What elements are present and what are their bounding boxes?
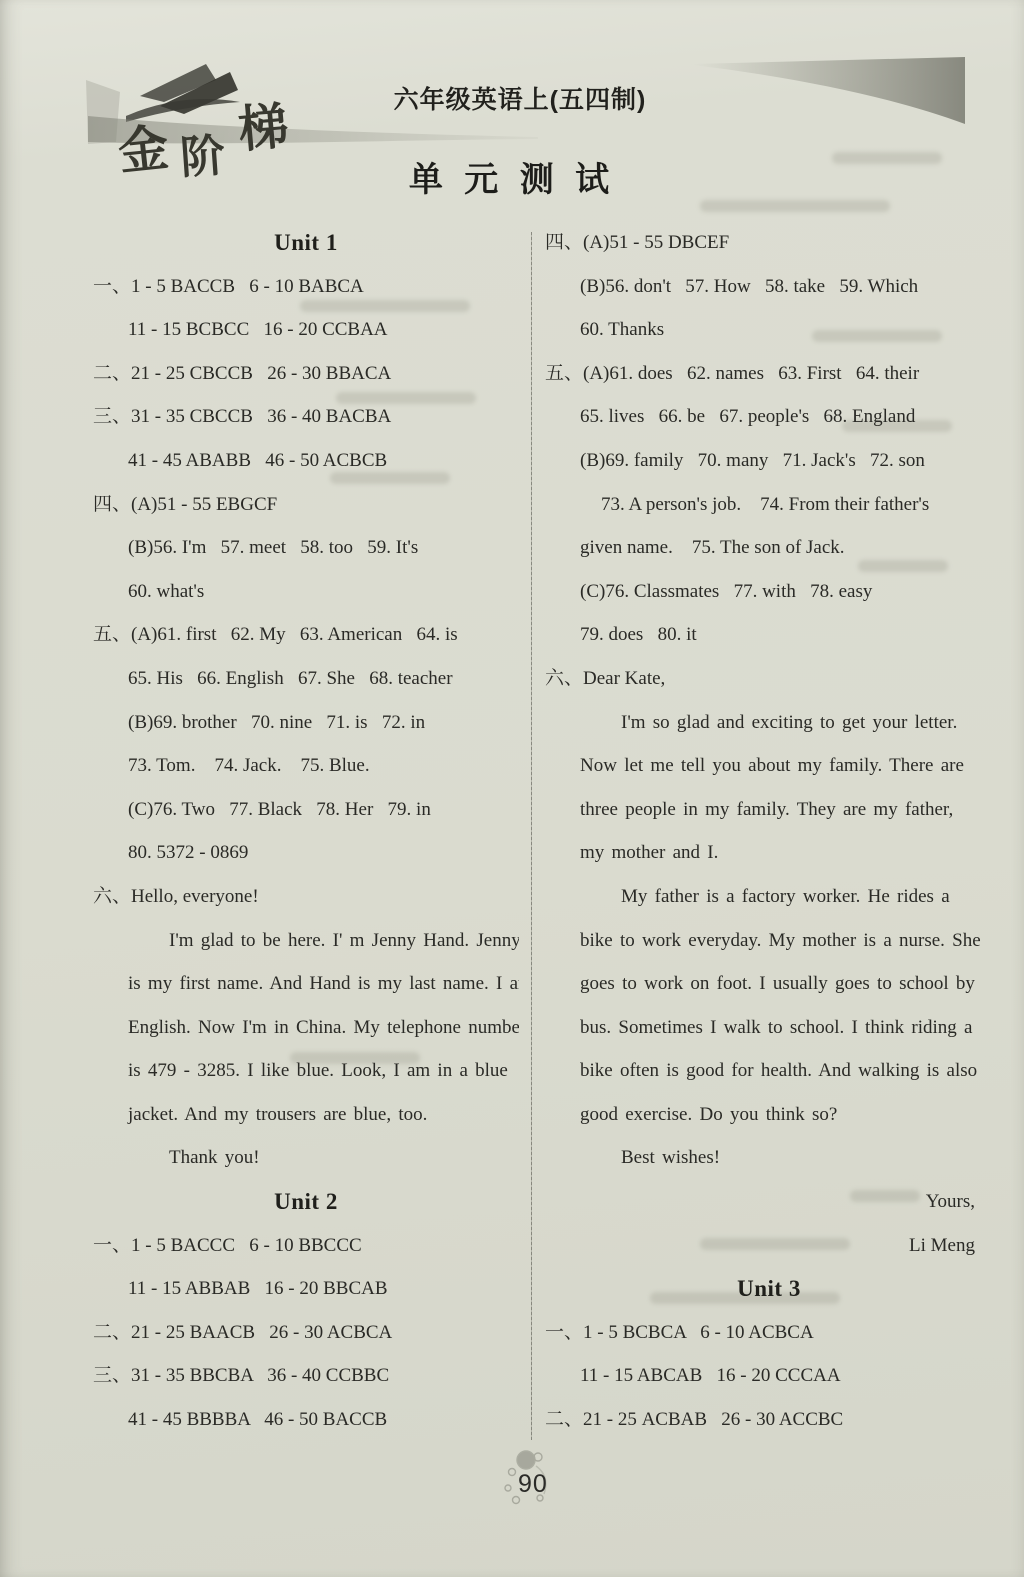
text-line: Li Meng (545, 1224, 993, 1268)
text-line: bike often is good for health. And walki… (545, 1049, 993, 1093)
text-line: English. Now I'm in China. My telephone … (93, 1006, 519, 1050)
unit-title: Unit 1 (93, 221, 519, 265)
text-line: 60. Thanks (545, 308, 993, 352)
book-page: 金 阶 梯 六年级英语上(五四制) 单 元 测 试 Unit 1一、1 - 5 … (0, 0, 1024, 1577)
text-line: 41 - 45 BBBBA 46 - 50 BACCB (93, 1398, 519, 1442)
text-line: 11 - 15 ABBAB 16 - 20 BBCAB (93, 1267, 519, 1311)
page-number: 90 (518, 1470, 548, 1499)
text-line: 二、21 - 25 CBCCB 26 - 30 BBACA (93, 352, 519, 396)
text-line: 六、Hello, everyone! (93, 875, 519, 919)
text-line: I'm so glad and exciting to get your let… (545, 701, 993, 745)
text-line: (B)69. family 70. many 71. Jack's 72. so… (545, 439, 993, 483)
text-line: Yours, (545, 1180, 993, 1224)
text-line: 80. 5372 - 0869 (93, 831, 519, 875)
text-line: 四、(A)51 - 55 EBGCF (93, 483, 519, 527)
book-title: 六年级英语上(五四制) (340, 80, 700, 116)
text-line: I'm glad to be here. I' m Jenny Hand. Je… (93, 919, 519, 963)
text-line: (C)76. Two 77. Black 78. Her 79. in (93, 788, 519, 832)
text-line: (B)69. brother 70. nine 71. is 72. in (93, 701, 519, 745)
text-line: 二、21 - 25 BAACB 26 - 30 ACBCA (93, 1311, 519, 1355)
right-column: 四、(A)51 - 55 DBCEF(B)56. don't 57. How 5… (545, 221, 993, 1442)
text-line: (C)76. Classmates 77. with 78. easy (545, 570, 993, 614)
text-line: 五、(A)61. does 62. names 63. First 64. th… (545, 352, 993, 396)
text-line: my mother and I. (545, 831, 993, 875)
text-line: 11 - 15 ABCAB 16 - 20 CCCAA (545, 1354, 993, 1398)
text-line: 41 - 45 ABABB 46 - 50 ACBCB (93, 439, 519, 483)
left-column: Unit 1一、1 - 5 BACCB 6 - 10 BABCA11 - 15 … (93, 221, 519, 1442)
text-line: bike to work everyday. My mother is a nu… (545, 919, 993, 963)
text-line: My father is a factory worker. He rides … (545, 875, 993, 919)
unit-title: Unit 3 (545, 1267, 993, 1311)
text-line: 二、21 - 25 ACBAB 26 - 30 ACCBC (545, 1398, 993, 1442)
text-line: 三、31 - 35 CBCCB 36 - 40 BACBA (93, 395, 519, 439)
unit-title: Unit 2 (93, 1180, 519, 1224)
page-footer: 90 (492, 1442, 582, 1522)
text-line: goes to work on foot. I usually goes to … (545, 962, 993, 1006)
text-line: 一、1 - 5 BACCB 6 - 10 BABCA (93, 265, 519, 309)
text-line: Now let me tell you about my family. The… (545, 744, 993, 788)
text-line: 11 - 15 BCBCC 16 - 20 CCBAA (93, 308, 519, 352)
text-line: is my first name. And Hand is my last na… (93, 962, 519, 1006)
text-line: bus. Sometimes I walk to school. I think… (545, 1006, 993, 1050)
text-line: 一、1 - 5 BACCC 6 - 10 BBCCC (93, 1224, 519, 1268)
text-line: 79. does 80. it (545, 613, 993, 657)
text-line: 五、(A)61. first 62. My 63. American 64. i… (93, 613, 519, 657)
corner-swoosh-graphic (688, 50, 1008, 134)
text-line: Best wishes! (545, 1136, 993, 1180)
text-line: 60. what's (93, 570, 519, 614)
text-line: 一、1 - 5 BCBCA 6 - 10 ACBCA (545, 1311, 993, 1355)
text-line: good exercise. Do you think so? (545, 1093, 993, 1137)
text-line: three people in my family. They are my f… (545, 788, 993, 832)
bleed-through-mark (700, 200, 890, 212)
bleed-through-mark (832, 152, 942, 164)
logo-char: 梯 (235, 86, 291, 162)
text-line: (B)56. I'm 57. meet 58. too 59. It's (93, 526, 519, 570)
text-line: jacket. And my trousers are blue, too. (93, 1093, 519, 1137)
text-line: 四、(A)51 - 55 DBCEF (545, 221, 993, 265)
text-line: 65. His 66. English 67. She 68. teacher (93, 657, 519, 701)
text-line: Thank you! (93, 1136, 519, 1180)
text-line: 73. A person's job. 74. From their fathe… (545, 483, 993, 527)
text-line: 六、Dear Kate, (545, 657, 993, 701)
text-line: 65. lives 66. be 67. people's 68. Englan… (545, 395, 993, 439)
text-line: (B)56. don't 57. How 58. take 59. Which (545, 265, 993, 309)
text-line: 三、31 - 35 BBCBA 36 - 40 CCBBC (93, 1354, 519, 1398)
column-divider (531, 232, 532, 1440)
text-line: 73. Tom. 74. Jack. 75. Blue. (93, 744, 519, 788)
text-line: is 479 - 3285. I like blue. Look, I am i… (93, 1049, 519, 1093)
text-line: given name. 75. The son of Jack. (545, 526, 993, 570)
